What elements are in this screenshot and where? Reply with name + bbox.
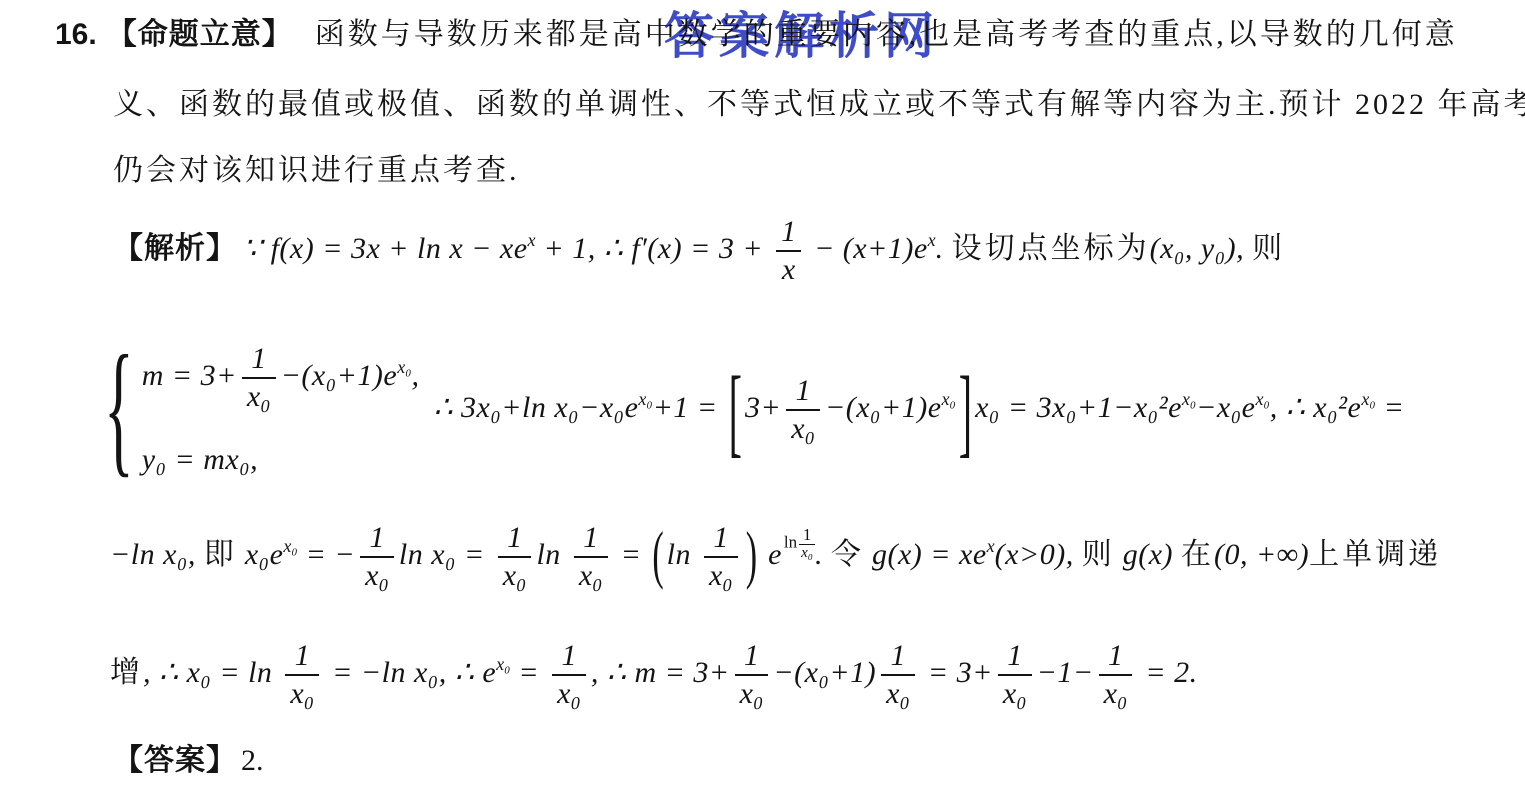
math-run: +1 = bbox=[653, 391, 726, 424]
math-run: m = 3+ bbox=[142, 359, 237, 392]
fraction: 1x₀ bbox=[242, 343, 276, 413]
math-run: = bbox=[510, 656, 547, 689]
fraction-denominator: x₀ bbox=[285, 676, 319, 710]
intent-text-3: 仍会对该知识进行重点考查. bbox=[113, 154, 520, 187]
fraction-numerator: 1 bbox=[360, 522, 394, 558]
chinese-run: 则 bbox=[1252, 232, 1285, 265]
math-run: ln bbox=[536, 538, 568, 571]
equation-system-line: { m = 3+1x₀−(x₀+1)ex₀, y₀ = mx₀, ∴ 3x₀+l… bbox=[104, 330, 1404, 490]
exponent-ln: ln bbox=[784, 533, 797, 552]
analysis-line: 【解析】∵ f(x) = 3x + ln x − xex + 1, ∴ f′(x… bbox=[113, 216, 1285, 286]
fraction-denominator: x₀ bbox=[498, 558, 532, 592]
chinese-run: 设切点坐标为 bbox=[952, 232, 1150, 265]
left-square-bracket: [ bbox=[729, 351, 742, 469]
fraction: 1x₀ bbox=[574, 522, 608, 592]
math-run: −x₀e bbox=[1196, 391, 1255, 424]
right-square-bracket: ] bbox=[959, 351, 972, 469]
solution-document: 答案解析网 16.【命题立意】函数与导数历来都是高中数学的重要内容,也是高考考查… bbox=[0, 0, 1525, 795]
fraction-numerator: 1 bbox=[498, 522, 532, 558]
fraction-numerator: 1 bbox=[776, 216, 801, 252]
math-run: −1− bbox=[1037, 656, 1094, 689]
chinese-run: 令 bbox=[831, 538, 864, 571]
chinese-run: 则 bbox=[1082, 538, 1115, 571]
math-run: −(x₀+1)e bbox=[281, 359, 398, 392]
left-parenthesis: ( bbox=[652, 517, 663, 598]
superscript: x₀ bbox=[283, 536, 297, 556]
superscript: x bbox=[528, 230, 536, 250]
exponent-expression: ln1x₀ bbox=[784, 526, 815, 561]
math-run: y₀ = mx₀, bbox=[142, 443, 258, 476]
answer-label: 【答案】 bbox=[113, 744, 237, 777]
superscript: x₀ bbox=[1255, 389, 1269, 409]
fraction-denominator: x₀ bbox=[799, 545, 815, 561]
math-run: = − bbox=[298, 538, 356, 571]
chinese-run: 增 bbox=[110, 656, 143, 689]
intent-text-2: 义、函数的最值或极值、函数的单调性、不等式恒成立或不等式有解等内容为主.预计 2… bbox=[113, 88, 1525, 121]
math-run: x₀e bbox=[237, 538, 284, 571]
superscript: x₀ bbox=[942, 389, 956, 409]
right-parenthesis: ) bbox=[746, 517, 757, 598]
math-run: e bbox=[760, 538, 782, 571]
math-run: (x>0), bbox=[995, 538, 1082, 571]
fraction-denominator: x₀ bbox=[242, 379, 276, 413]
chinese-run: 在 bbox=[1181, 538, 1214, 571]
math-run: ∴ 3x₀+ln x₀−x₀e bbox=[433, 391, 638, 424]
fraction-numerator: 1 bbox=[242, 343, 276, 379]
fraction: 1x₀ bbox=[498, 522, 532, 592]
superscript: x bbox=[987, 536, 995, 556]
math-run: . bbox=[815, 538, 831, 571]
math-run: −(x₀+1)e bbox=[825, 391, 942, 424]
fraction-numerator: 1 bbox=[285, 640, 319, 676]
math-run: − (x+1)e bbox=[806, 232, 928, 265]
superscript: x₀ bbox=[1182, 389, 1196, 409]
fraction-numerator: 1 bbox=[574, 522, 608, 558]
fraction: 1x₀ bbox=[786, 375, 820, 445]
fraction: 1x₀ bbox=[704, 522, 738, 592]
superscript: x₀ bbox=[496, 654, 510, 674]
math-run: . bbox=[936, 232, 952, 265]
superscript: x bbox=[928, 230, 936, 250]
answer-value: 2. bbox=[241, 744, 264, 777]
math-run: −ln x₀, bbox=[110, 538, 204, 571]
chinese-run: 即 bbox=[204, 538, 237, 571]
intent-line-2: 义、函数的最值或极值、函数的单调性、不等式恒成立或不等式有解等内容为主.预计 2… bbox=[113, 86, 1525, 124]
math-run: , ∴ x₀ = ln bbox=[143, 656, 280, 689]
solution-line-3: −ln x₀, 即 x₀ex₀ = −1x₀ln x₀ = 1x₀ln 1x₀ … bbox=[110, 522, 1441, 592]
math-run: ∵ f(x) = 3x + ln x − xe bbox=[243, 232, 528, 265]
fraction: 1x₀ bbox=[285, 640, 319, 710]
chinese-run: 上单调递 bbox=[1309, 538, 1441, 571]
equation-column: m = 3+1x₀−(x₀+1)ex₀, y₀ = mx₀, bbox=[142, 343, 420, 477]
small-fraction: 1x₀ bbox=[799, 526, 815, 561]
math-run: , ∴ x₀²e bbox=[1270, 391, 1362, 424]
math-run: ln bbox=[667, 538, 699, 571]
math-run: g(x) = xe bbox=[864, 538, 987, 571]
superscript: x₀ bbox=[638, 389, 652, 409]
intent-text-1: 函数与导数历来都是高中数学的重要内容,也是高考考查的重点,以导数的几何意 bbox=[315, 18, 1458, 51]
intent-label: 【命题立意】 bbox=[107, 18, 293, 51]
analysis-label: 【解析】 bbox=[113, 232, 237, 265]
fraction-denominator: x₀ bbox=[704, 558, 738, 592]
fraction-denominator: x₀ bbox=[1099, 676, 1133, 710]
fraction: 1x₀ bbox=[998, 640, 1032, 710]
fraction-denominator: x₀ bbox=[881, 676, 915, 710]
intent-line-3: 仍会对该知识进行重点考查. bbox=[113, 152, 520, 190]
intent-line-1: 16.【命题立意】函数与导数历来都是高中数学的重要内容,也是高考考查的重点,以导… bbox=[55, 16, 1458, 54]
math-run: = 3+ bbox=[920, 656, 993, 689]
answer-line: 【答案】2. bbox=[113, 742, 264, 780]
fraction-numerator: 1 bbox=[704, 522, 738, 558]
fraction-denominator: x₀ bbox=[786, 411, 820, 445]
left-brace: { bbox=[104, 325, 134, 495]
math-run: = bbox=[1376, 391, 1405, 424]
math-run: = 2. bbox=[1137, 656, 1197, 689]
solution-line-4: 增, ∴ x₀ = ln 1x₀ = −ln x₀, ∴ ex₀ = 1x₀, … bbox=[110, 640, 1198, 710]
superscript: x₀ bbox=[397, 357, 411, 377]
fraction: 1x₀ bbox=[360, 522, 394, 592]
fraction: 1x₀ bbox=[735, 640, 769, 710]
math-run: ln x₀ = bbox=[399, 538, 493, 571]
math-run: (x₀, y₀), bbox=[1150, 232, 1252, 265]
math-run: −(x₀+1) bbox=[773, 656, 876, 689]
fraction-denominator: x₀ bbox=[574, 558, 608, 592]
fraction: 1x bbox=[776, 216, 801, 286]
problem-number: 16. bbox=[55, 18, 97, 51]
math-run: = −ln x₀, ∴ e bbox=[324, 656, 496, 689]
fraction-numerator: 1 bbox=[786, 375, 820, 411]
math-run: (0, +∞) bbox=[1214, 538, 1309, 571]
equation-2: y₀ = mx₀, bbox=[142, 443, 420, 477]
fraction-numerator: 1 bbox=[1099, 640, 1133, 676]
math-run: , ∴ m = 3+ bbox=[591, 656, 730, 689]
math-run: , bbox=[411, 359, 419, 392]
fraction-denominator: x₀ bbox=[552, 676, 586, 710]
fraction: 1x₀ bbox=[552, 640, 586, 710]
math-run: + 1, ∴ f′(x) = 3 + bbox=[536, 232, 772, 265]
fraction-numerator: 1 bbox=[799, 526, 815, 545]
math-run: = bbox=[613, 538, 650, 571]
fraction-denominator: x bbox=[776, 252, 801, 286]
superscript: x₀ bbox=[1361, 389, 1375, 409]
fraction-denominator: x₀ bbox=[735, 676, 769, 710]
fraction-denominator: x₀ bbox=[998, 676, 1032, 710]
math-run: x₀ = 3x₀+1−x₀²e bbox=[975, 391, 1182, 424]
fraction-denominator: x₀ bbox=[360, 558, 394, 592]
fraction: 1x₀ bbox=[881, 640, 915, 710]
fraction-numerator: 1 bbox=[998, 640, 1032, 676]
fraction-numerator: 1 bbox=[881, 640, 915, 676]
fraction-numerator: 1 bbox=[735, 640, 769, 676]
equation-1: m = 3+1x₀−(x₀+1)ex₀, bbox=[142, 343, 420, 413]
fraction: 1x₀ bbox=[1099, 640, 1133, 710]
fraction-numerator: 1 bbox=[552, 640, 586, 676]
math-run: 3+ bbox=[745, 391, 781, 424]
system-consequence: ∴ 3x₀+ln x₀−x₀ex₀+1 = [3+1x₀−(x₀+1)ex₀]x… bbox=[433, 375, 1404, 445]
math-run: g(x) bbox=[1115, 538, 1181, 571]
